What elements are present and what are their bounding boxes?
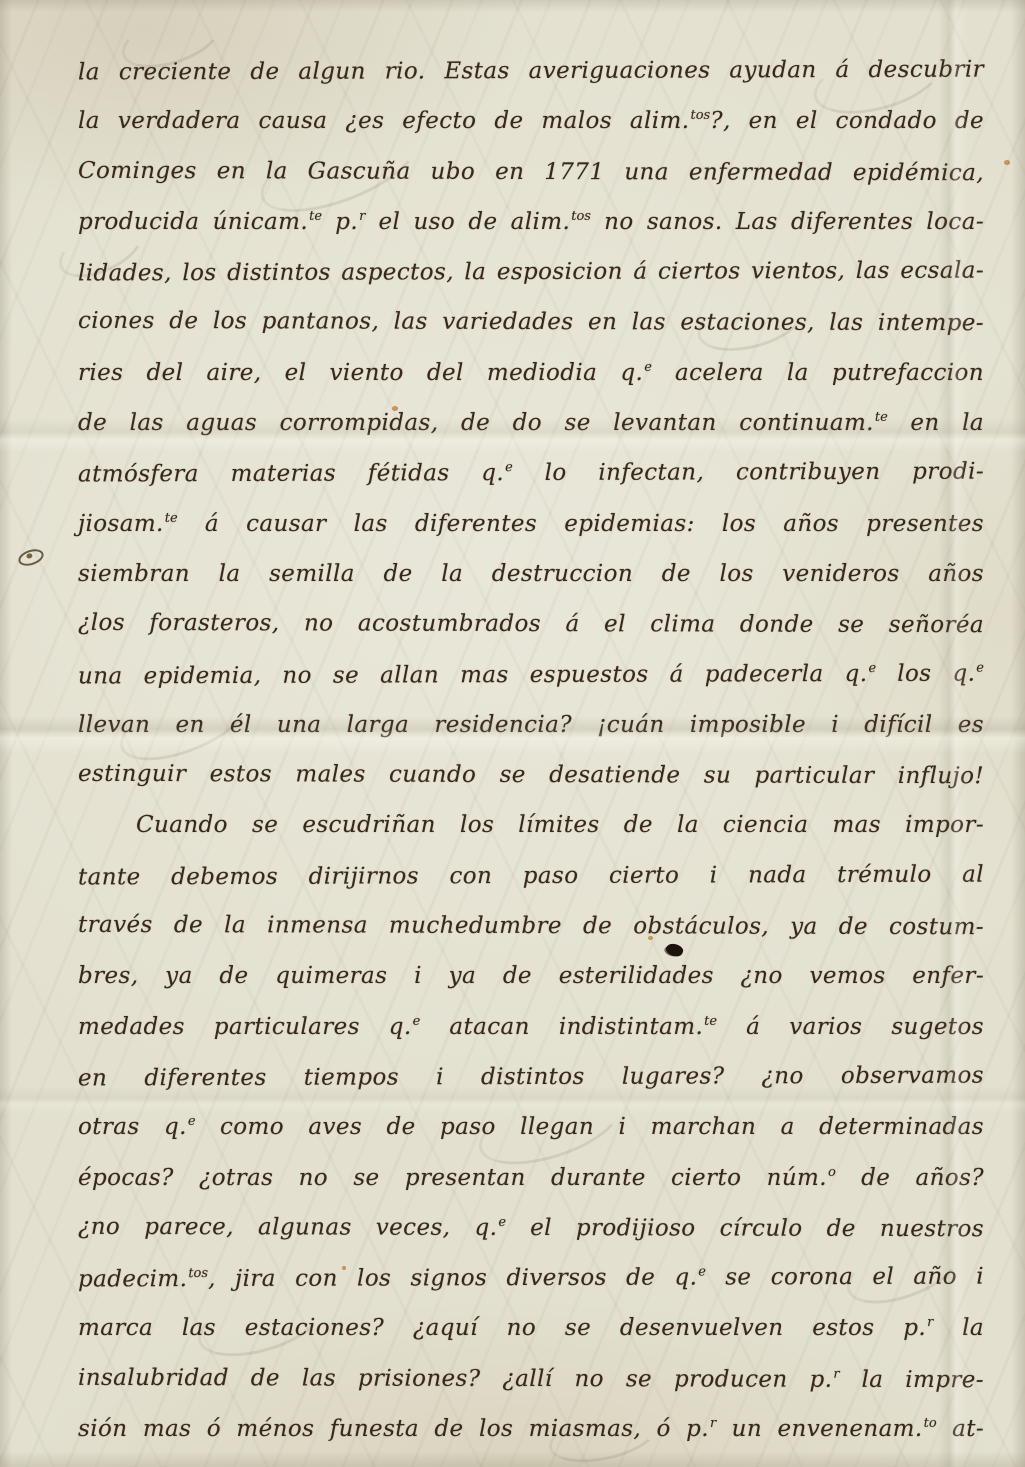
superscript-abbreviation: e [505,461,513,474]
manuscript-line-23: épocas? ¿otras no se presentan durante c… [78,1153,984,1203]
line-text: sión mas ó ménos funesta de los miasmas,… [78,1416,709,1442]
superscript-abbreviation: te [875,411,888,424]
line-text: como aves de paso llegan i marchan a det… [196,1114,984,1140]
superscript-abbreviation: te [309,210,322,223]
line-text: acelera la putrefaccion [652,360,984,386]
superscript-abbreviation: tos [188,1267,208,1280]
manuscript-line-21: en diferentes tiempos i distintos lugare… [78,1051,984,1104]
line-text: atacan indistintam. [420,1014,703,1040]
line-text: insalubridad de las prisiones? ¿allí no … [78,1365,832,1393]
superscript-abbreviation: te [704,1015,717,1028]
superscript-abbreviation: e [976,661,984,674]
manuscript-line-20: medades particulares q.e atacan indistin… [78,1002,984,1052]
manuscript-line-18: través de la inmensa muchedumbre de obst… [78,900,984,953]
line-text: la [933,1315,984,1341]
manuscript-line-9: atmósfera materias fétidas q.e lo infect… [78,447,984,500]
superscript-abbreviation: e [498,1216,506,1229]
superscript-abbreviation: te [165,512,178,525]
manuscript-line-22: otras q.e como aves de paso llegan i mar… [78,1102,984,1152]
superscript-abbreviation: o [828,1166,836,1179]
line-text: lo infectan, contribuyen prodi- [513,459,984,486]
manuscript-line-5: lidades, los distintos aspectos, la espo… [78,246,984,299]
line-text: de años? [836,1165,984,1191]
manuscript-line-27: insalubridad de las prisiones? ¿allí no … [78,1353,984,1406]
line-text: en la [888,410,984,436]
manuscript-line-1: la creciente de algun rio. Estas averigu… [78,45,984,98]
manuscript-line-4: producida únicam.te p.r el uso de alim.t… [78,197,984,247]
manuscript-text: la creciente de algun rio. Estas averigu… [78,46,984,1454]
superscript-abbreviation: e [698,1266,706,1279]
manuscript-line-12: ¿los forasteros, no acostumbrados á el c… [78,598,984,651]
manuscript-line-15: estinguir estos males cuando se desatien… [78,749,984,802]
manuscript-line-26: marca las estaciones? ¿aquí no se desenv… [78,1303,984,1353]
line-text: ries del aire, el viento del mediodia q. [78,360,643,386]
manuscript-line-6: ciones de los pantanos, las variedades e… [78,296,984,349]
line-text: siembran la semilla de la destruccion de… [78,561,984,587]
manuscript-line-24: ¿no parece, algunas veces, q.e el prodij… [78,1202,984,1255]
superscript-abbreviation: tos [690,109,710,122]
manuscript-line-13: una epidemia, no se allan mas espuestos … [78,648,984,701]
manuscript-line-11: siembran la semilla de la destruccion de… [78,549,984,599]
line-text: marca las estaciones? ¿aquí no se desenv… [78,1315,926,1341]
line-text: ?, en el condado de [710,108,984,134]
line-text: de las aguas corrompidas, de do se levan… [78,410,874,436]
superscript-abbreviation: tos [571,210,591,223]
line-text: bres, ya de quimeras i ya de esterilidad… [78,963,984,989]
line-text: p. [322,209,358,235]
rust-speck [1004,160,1010,165]
line-text: en diferentes tiempos i distintos lugare… [78,1063,984,1092]
manuscript-page: la creciente de algun rio. Estas averigu… [0,0,1025,1467]
line-text: otras q. [78,1114,187,1140]
line-text: no sanos. Las diferentes loca- [591,209,984,235]
manuscript-line-14: llevan en él una larga residencia? ¡cuán… [78,700,984,750]
line-text: tante debemos dirijirnos con paso cierto… [78,861,984,890]
line-text: el uso de alim. [365,209,570,235]
line-text: llevan en él una larga residencia? ¡cuán… [78,712,984,738]
manuscript-line-10: jiosam.te á causar las diferentes epidem… [78,499,984,549]
line-text: se corona el año i [706,1264,984,1291]
line-text: producida únicam. [78,209,308,235]
line-text: padecim. [78,1266,187,1292]
manuscript-line-8: de las aguas corrompidas, de do se levan… [78,398,984,448]
manuscript-line-3: Cominges en la Gascuña ubo en 1771 una e… [78,145,984,198]
line-text: ¿no parece, algunas veces, q. [78,1214,497,1241]
line-text: lidades, los distintos aspectos, la espo… [78,258,984,287]
superscript-abbreviation: to [924,1417,937,1430]
line-text: Cuando se escudriñan los límites de la c… [136,812,984,838]
superscript-abbreviation: e [644,361,652,374]
manuscript-line-16: Cuando se escudriñan los límites de la c… [78,800,984,850]
line-text: la creciente de algun rio. Estas averigu… [78,57,984,86]
line-text: épocas? ¿otras no se presentan durante c… [78,1165,827,1191]
line-text: un envenenam. [716,1416,922,1442]
line-text: medades particulares q. [78,1014,412,1040]
line-text: at- [937,1416,984,1442]
manuscript-line-17: tante debemos dirijirnos con paso cierto… [78,849,984,902]
margin-ink-mark [16,546,45,568]
line-text: la verdadera causa ¿es efecto de malos a… [78,108,689,134]
line-text: jiosam. [78,511,164,537]
line-text: la impre- [840,1367,984,1393]
line-text: estinguir estos males cuando se desatien… [78,761,984,789]
line-text: ciones de los pantanos, las variedades e… [78,308,984,336]
line-text: ¿los forasteros, no acostumbrados á el c… [78,610,984,638]
line-text: los q. [876,660,975,686]
manuscript-line-25: padecim.tos, jira con los signos diverso… [78,1252,984,1305]
manuscript-line-28: sión mas ó ménos funesta de los miasmas,… [78,1404,984,1454]
manuscript-line-7: ries del aire, el viento del mediodia q.… [78,348,984,398]
line-text: atmósfera materias fétidas q. [78,460,504,487]
manuscript-line-19: bres, ya de quimeras i ya de esterilidad… [78,951,984,1001]
line-text: á causar las diferentes epidemias: los a… [178,511,984,537]
superscript-abbreviation: e [188,1115,196,1128]
line-text: , jira con los signos diversos de q. [208,1265,697,1293]
line-text: una epidemia, no se allan mas espuestos … [78,661,868,689]
line-text: el prodijioso círculo de nuestros [506,1215,984,1242]
line-text: Cominges en la Gascuña ubo en 1771 una e… [78,157,984,185]
manuscript-line-2: la verdadera causa ¿es efecto de malos a… [78,96,984,146]
line-text: á varios sugetos [717,1014,984,1040]
line-text: través de la inmensa muchedumbre de obst… [78,912,984,940]
